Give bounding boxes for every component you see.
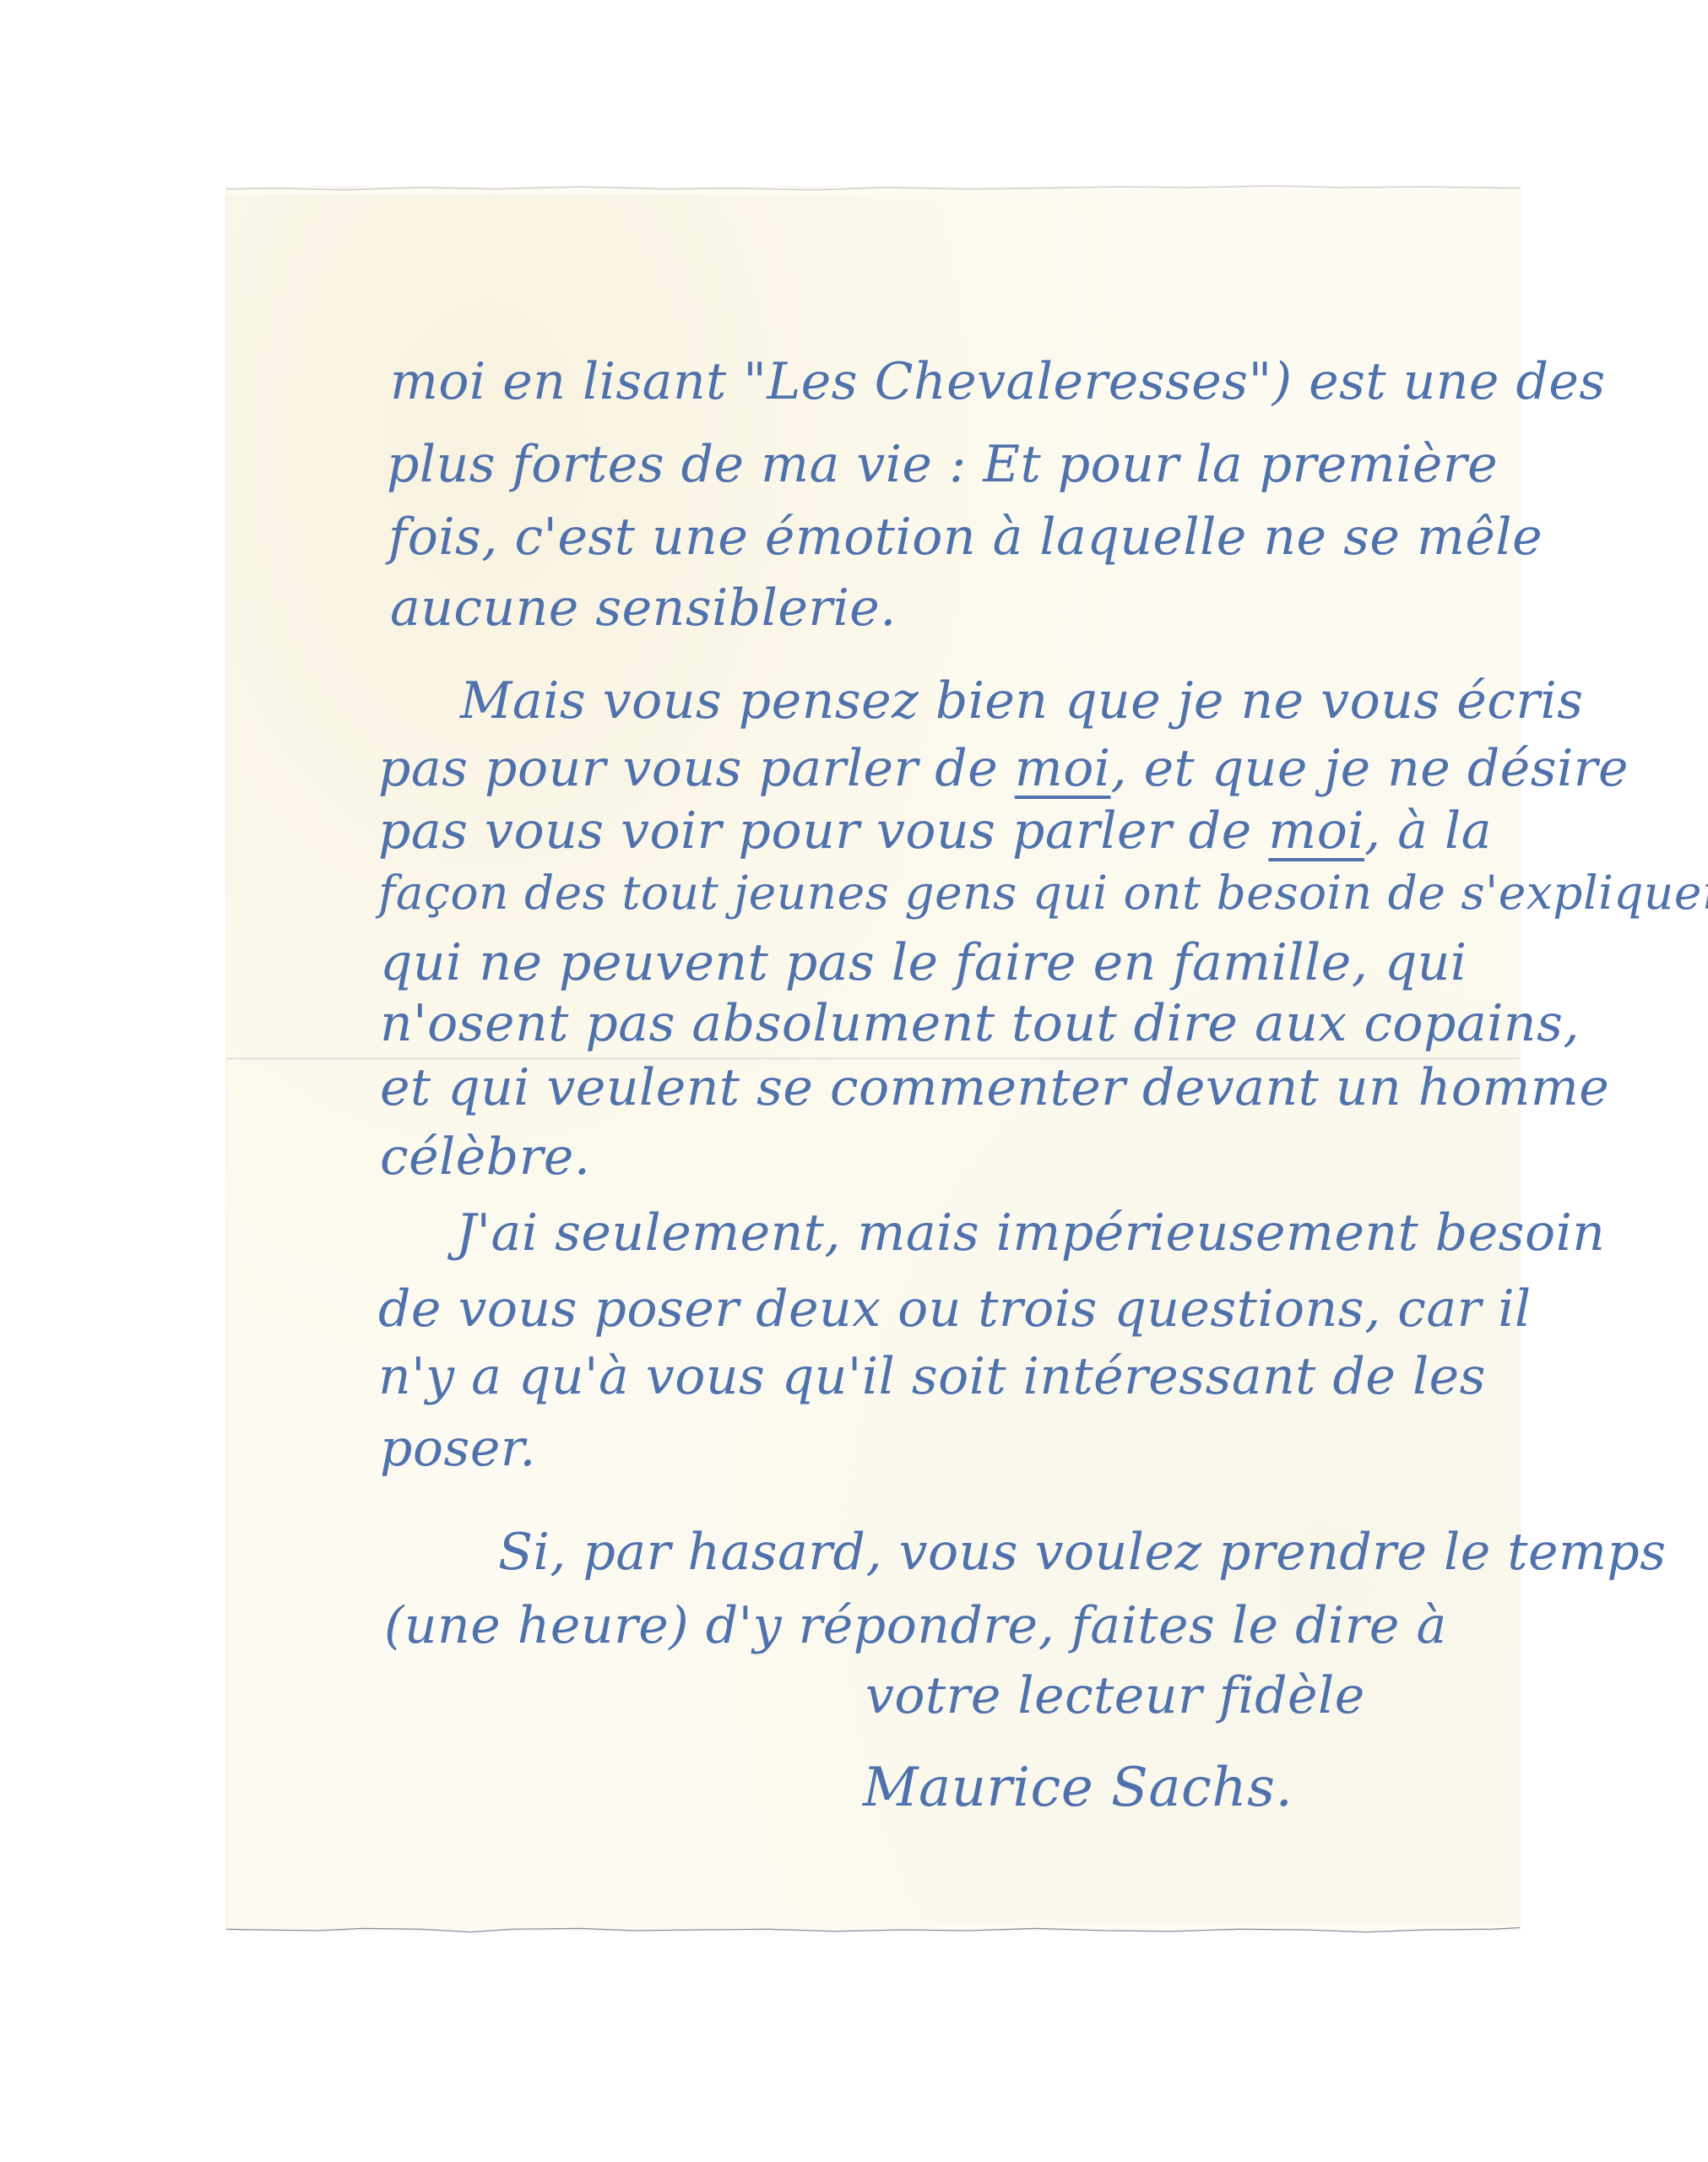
letter-line: célèbre. bbox=[380, 1132, 590, 1182]
underlined-word: moi bbox=[1015, 739, 1111, 798]
letter-line: fois, c'est une émotion à laquelle ne se… bbox=[388, 512, 1543, 562]
line-segment: pas vous voir pour vous parler de bbox=[378, 801, 1268, 861]
line-segment: , et que je ne désire bbox=[1111, 739, 1629, 798]
signature: Maurice Sachs. bbox=[863, 1761, 1293, 1815]
letter-line: aucune sensiblerie. bbox=[390, 583, 897, 633]
letter-line: (une heure) d'y répondre, faites le dire… bbox=[384, 1600, 1447, 1651]
letter-line: n'osent pas absolument tout dire aux cop… bbox=[380, 998, 1580, 1049]
letter-line: pas pour vous parler de moi, et que je n… bbox=[378, 743, 1629, 794]
letter-line: J'ai seulement, mais impérieusement beso… bbox=[456, 1208, 1605, 1258]
letter-line: n'y a qu'à vous qu'il soit intéressant d… bbox=[378, 1351, 1486, 1402]
letter-line: Mais vous pensez bien que je ne vous écr… bbox=[460, 676, 1583, 726]
letter-line: pas vous voir pour vous parler de moi, à… bbox=[378, 806, 1492, 856]
letter-line: Si, par hasard, vous voulez prendre le t… bbox=[498, 1527, 1667, 1578]
letter-line: de vous poser deux ou trois questions, c… bbox=[378, 1284, 1532, 1334]
deckled-top-edge bbox=[226, 182, 1520, 194]
line-segment: , à la bbox=[1364, 801, 1492, 861]
letter-line: moi en lisant "Les Chevaleresses") est u… bbox=[390, 356, 1606, 407]
letter-line: qui ne peuvent pas le faire en famille, … bbox=[380, 937, 1467, 988]
letter-line: poser. bbox=[380, 1423, 536, 1474]
letter-line: façon des tout jeunes gens qui ont besoi… bbox=[378, 870, 1708, 916]
letter-line: plus fortes de ma vie : Et pour la premi… bbox=[387, 439, 1498, 490]
letter-line: et qui veulent se commenter devant un ho… bbox=[380, 1062, 1609, 1113]
underlined-word: moi bbox=[1268, 801, 1364, 861]
closing-text: votre lecteur fidèle bbox=[865, 1670, 1365, 1721]
line-segment: pas pour vous parler de bbox=[378, 739, 1015, 798]
deckled-bottom-edge bbox=[226, 1925, 1520, 1937]
